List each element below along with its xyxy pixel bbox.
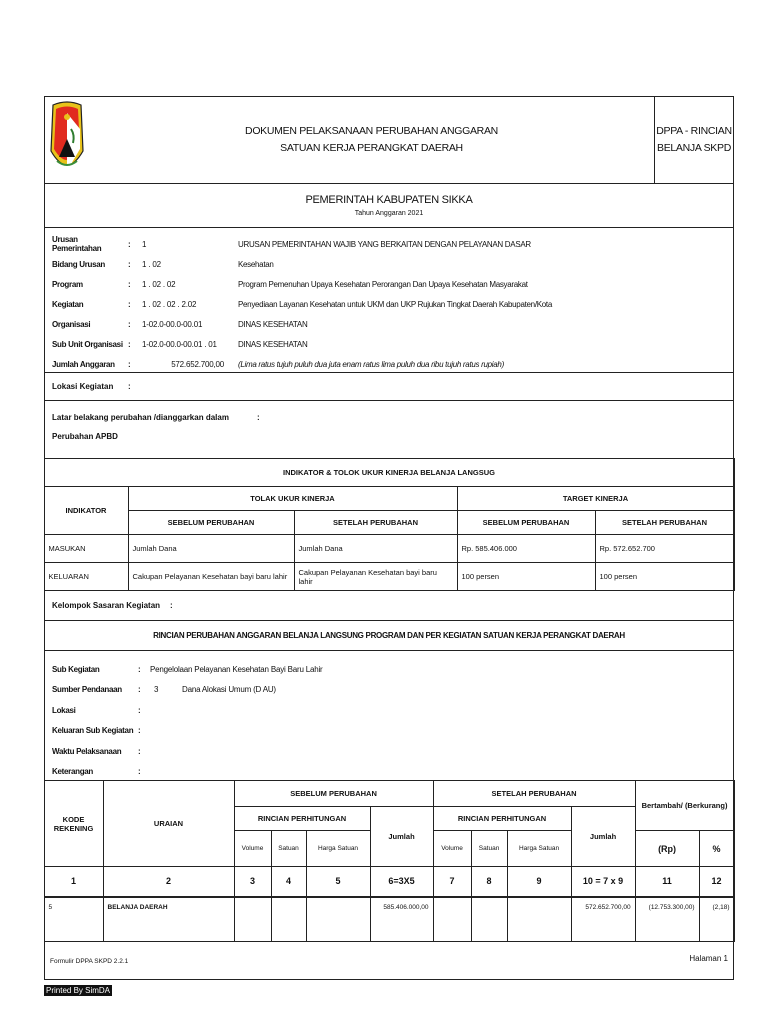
colon: :: [138, 685, 150, 694]
document-title: DOKUMEN PELAKSANAAN PERUBAHAN ANGGARAN S…: [89, 97, 654, 183]
col-bertambah: Bertambah/ (Berkurang): [635, 781, 734, 831]
column-number: 9: [507, 867, 571, 897]
column-number: 4: [271, 867, 306, 897]
info-code: 572.652.700,00: [142, 360, 224, 369]
info-row: Kegiatan:1 . 02 . 02 . 2.02Penyediaan La…: [45, 294, 733, 314]
title-line-2: SATUAN KERJA PERANGKAT DAERAH: [280, 140, 463, 157]
column-number: 11: [635, 867, 699, 897]
col-sebelum-perubahan: SEBELUM PERUBAHAN: [234, 781, 433, 807]
indikator-cell: Rp. 585.406.000: [457, 535, 595, 563]
sub-label: Lokasi: [45, 706, 138, 715]
lokasi-kegiatan: Lokasi Kegiatan :: [44, 373, 734, 401]
sub-num: 3: [150, 685, 182, 694]
sub-kegiatan-info: Sub Kegiatan:Pengelolaan Pelayanan Keseh…: [44, 651, 734, 781]
info-row: Bidang Urusan:1 . 02Kesehatan: [45, 254, 733, 274]
info-row: Sub Unit Organisasi:1-02.0-00.0-00.01 . …: [45, 334, 733, 354]
column-number-row: 123456=3X578910 = 7 x 91112: [44, 867, 734, 897]
col-satuan-setelah: Satuan: [471, 831, 507, 867]
colon: :: [257, 413, 260, 422]
budget-cell-jumlah2: 572.652.700,00: [571, 897, 635, 942]
info-code: 1 . 02: [142, 260, 238, 269]
colon: :: [128, 360, 142, 369]
col-tolak-setelah: SETELAH PERUBAHAN: [294, 511, 457, 535]
column-number: 8: [471, 867, 507, 897]
lokasi-label: Lokasi Kegiatan: [45, 382, 128, 391]
colon: :: [138, 767, 150, 776]
info-label: Organisasi: [45, 320, 128, 329]
colon: :: [138, 726, 150, 735]
sub-row: Sumber Pendanaan:3Dana Alokasi Umum (D A…: [45, 680, 733, 701]
column-number: 7: [433, 867, 471, 897]
info-row: Jumlah Anggaran:572.652.700,00(Lima ratu…: [45, 354, 733, 374]
info-desc: Program Pemenuhan Upaya Kesehatan Perora…: [238, 280, 733, 289]
col-satuan-sebelum: Satuan: [271, 831, 306, 867]
printed-by-stamp: Printed By SimDA: [44, 985, 112, 996]
col-volume-sebelum: Volume: [234, 831, 271, 867]
col-tolak-ukur: TOLAK UKUR KINERJA: [128, 487, 457, 511]
column-number: 10 = 7 x 9: [571, 867, 635, 897]
indikator-cell: Cakupan Pelayanan Kesehatan bayi baru la…: [294, 563, 457, 591]
col-target-setelah: SETELAH PERUBAHAN: [595, 511, 734, 535]
column-number: 5: [306, 867, 370, 897]
budget-cell-sat2: [471, 897, 507, 942]
column-number: 6=3X5: [370, 867, 433, 897]
budget-cell-vol1: [234, 897, 271, 942]
indikator-table: INDIKATOR & TOLOK UKUR KINERJA BELANJA L…: [44, 458, 735, 591]
sub-label: Sub Kegiatan: [45, 665, 138, 674]
indikator-section: INDIKATOR & TOLOK UKUR KINERJA BELANJA L…: [44, 458, 734, 591]
fiscal-year: Tahun Anggaran 2021: [355, 210, 424, 217]
indikator-cell: 100 persen: [595, 563, 734, 591]
col-pct: %: [699, 831, 734, 867]
indikator-title: INDIKATOR & TOLOK UKUR KINERJA BELANJA L…: [44, 459, 734, 487]
info-code: 1-02.0-00.0-00.01: [142, 320, 238, 329]
colon: :: [128, 340, 142, 349]
col-rp: (Rp): [635, 831, 699, 867]
latar-belakang: Latar belakang perubahan /dianggarkan da…: [44, 401, 734, 459]
indikator-cell: Cakupan Pelayanan Kesehatan bayi baru la…: [128, 563, 294, 591]
budget-cell-selisih: (12.753.300,00): [635, 897, 699, 942]
kabupaten-emblem-icon: [45, 97, 89, 183]
column-number: 12: [699, 867, 734, 897]
col-volume-setelah: Volume: [433, 831, 471, 867]
info-label: Jumlah Anggaran: [45, 360, 128, 369]
kelompok-label: Kelompok Sasaran Kegiatan: [52, 601, 160, 610]
info-row: Organisasi:1-02.0-00.0-00.01DINAS KESEHA…: [45, 314, 733, 334]
info-code: 1 . 02 . 02 . 2.02: [142, 300, 238, 309]
document-header: DOKUMEN PELAKSANAAN PERUBAHAN ANGGARAN S…: [44, 96, 734, 184]
rincian-title: RINCIAN PERUBAHAN ANGGARAN BELANJA LANGS…: [44, 621, 734, 651]
col-harga-setelah: Harga Satuan: [507, 831, 571, 867]
budget-cell-kode: 5: [44, 897, 103, 942]
latar-label: Latar belakang perubahan /dianggarkan da…: [52, 413, 229, 422]
budget-cell-jumlah1: 585.406.000,00: [370, 897, 433, 942]
info-desc: Kesehatan: [238, 260, 733, 269]
col-uraian: URAIAN: [103, 781, 234, 867]
sub-row: Waktu Pelaksanaan:: [45, 741, 733, 762]
colon: :: [128, 280, 142, 289]
column-number: 2: [103, 867, 234, 897]
colon: :: [138, 747, 150, 756]
document-code: DPPA - RINCIAN BELANJA SKPD: [654, 97, 733, 183]
indikator-cell: Jumlah Dana: [128, 535, 294, 563]
indikator-cell: Rp. 572.652.700: [595, 535, 734, 563]
program-info: Urusan Pemerintahan:1URUSAN PEMERINTAHAN…: [44, 228, 734, 373]
info-row: Urusan Pemerintahan:1URUSAN PEMERINTAHAN…: [45, 234, 733, 254]
info-desc: (Lima ratus tujuh puluh dua juta enam ra…: [238, 360, 733, 369]
info-code: 1-02.0-00.0-00.01 . 01: [142, 340, 238, 349]
code-line-1: DPPA - RINCIAN: [656, 123, 732, 140]
colon: :: [128, 382, 131, 391]
budget-section: KODE REKENING URAIAN SEBELUM PERUBAHAN S…: [44, 780, 734, 942]
colon: :: [128, 300, 142, 309]
colon: :: [170, 601, 173, 610]
budget-row: 5BELANJA DAERAH585.406.000,00572.652.700…: [44, 897, 734, 942]
info-code: 1 . 02 . 02: [142, 280, 238, 289]
sub-value: Pengelolaan Pelayanan Kesehatan Bayi Bar…: [150, 665, 323, 674]
info-desc: DINAS KESEHATAN: [238, 320, 733, 329]
col-setelah-perubahan: SETELAH PERUBAHAN: [433, 781, 635, 807]
code-line-2: BELANJA SKPD: [657, 140, 731, 157]
budget-cell-harga2: [507, 897, 571, 942]
indikator-cell: KELUARAN: [44, 563, 128, 591]
colon: :: [128, 260, 142, 269]
sub-value: Dana Alokasi Umum (D AU): [182, 685, 276, 694]
info-desc: URUSAN PEMERINTAHAN WAJIB YANG BERKAITAN…: [238, 240, 733, 249]
col-kode-rekening: KODE REKENING: [44, 781, 103, 867]
info-label: Sub Unit Organisasi: [45, 340, 128, 349]
info-desc: Penyediaan Layanan Kesehatan untuk UKM d…: [238, 300, 733, 309]
budget-cell-pct: (2,18): [699, 897, 734, 942]
indikator-cell: 100 persen: [457, 563, 595, 591]
colon: :: [138, 665, 150, 674]
government-section: PEMERINTAH KABUPATEN SIKKA Tahun Anggara…: [44, 184, 734, 228]
sub-label: Waktu Pelaksanaan: [45, 747, 138, 756]
col-jumlah-setelah: Jumlah: [571, 807, 635, 867]
col-jumlah-sebelum: Jumlah: [370, 807, 433, 867]
info-row: Program:1 . 02 . 02Program Pemenuhan Upa…: [45, 274, 733, 294]
sub-label: Keterangan: [45, 767, 138, 776]
colon: :: [138, 706, 150, 715]
sub-row: Lokasi:: [45, 700, 733, 721]
info-label: Urusan Pemerintahan: [45, 235, 128, 253]
dppa-document: DOKUMEN PELAKSANAAN PERUBAHAN ANGGARAN S…: [44, 96, 734, 980]
colon: :: [128, 240, 142, 249]
info-label: Bidang Urusan: [45, 260, 128, 269]
col-rincian-setelah: RINCIAN PERHITUNGAN: [433, 807, 571, 831]
info-label: Program: [45, 280, 128, 289]
col-tolak-sebelum: SEBELUM PERUBAHAN: [128, 511, 294, 535]
indikator-row: KELUARANCakupan Pelayanan Kesehatan bayi…: [44, 563, 734, 591]
kelompok-sasaran: Kelompok Sasaran Kegiatan :: [44, 591, 734, 621]
budget-cell-vol2: [433, 897, 471, 942]
budget-cell-harga1: [306, 897, 370, 942]
indikator-row: MASUKANJumlah DanaJumlah DanaRp. 585.406…: [44, 535, 734, 563]
col-harga-sebelum: Harga Satuan: [306, 831, 370, 867]
col-indikator: INDIKATOR: [44, 487, 128, 535]
sub-label: Keluaran Sub Kegiatan: [45, 726, 138, 735]
budget-cell-uraian: BELANJA DAERAH: [103, 897, 234, 942]
column-number: 3: [234, 867, 271, 897]
form-number: Formulir DPPA SKPD 2.2.1: [50, 958, 128, 965]
sub-row: Keluaran Sub Kegiatan:: [45, 721, 733, 742]
latar-label-line2: Perubahan APBD: [52, 432, 733, 441]
document-footer: Formulir DPPA SKPD 2.2.1 Halaman 1: [44, 942, 734, 980]
col-target-sebelum: SEBELUM PERUBAHAN: [457, 511, 595, 535]
sub-label: Sumber Pendanaan: [45, 685, 138, 694]
title-line-1: DOKUMEN PELAKSANAAN PERUBAHAN ANGGARAN: [245, 123, 498, 140]
budget-cell-sat1: [271, 897, 306, 942]
page-number: Halaman 1: [689, 954, 728, 963]
colon: :: [128, 320, 142, 329]
info-desc: DINAS KESEHATAN: [238, 340, 733, 349]
sub-row: Sub Kegiatan:Pengelolaan Pelayanan Keseh…: [45, 659, 733, 680]
government-name: PEMERINTAH KABUPATEN SIKKA: [305, 194, 472, 206]
indikator-cell: MASUKAN: [44, 535, 128, 563]
col-rincian-sebelum: RINCIAN PERHITUNGAN: [234, 807, 370, 831]
info-label: Kegiatan: [45, 300, 128, 309]
budget-table: KODE REKENING URAIAN SEBELUM PERUBAHAN S…: [44, 780, 735, 942]
col-target: TARGET KINERJA: [457, 487, 734, 511]
info-code: 1: [142, 240, 238, 249]
sub-row: Keterangan:: [45, 762, 733, 783]
column-number: 1: [44, 867, 103, 897]
indikator-cell: Jumlah Dana: [294, 535, 457, 563]
